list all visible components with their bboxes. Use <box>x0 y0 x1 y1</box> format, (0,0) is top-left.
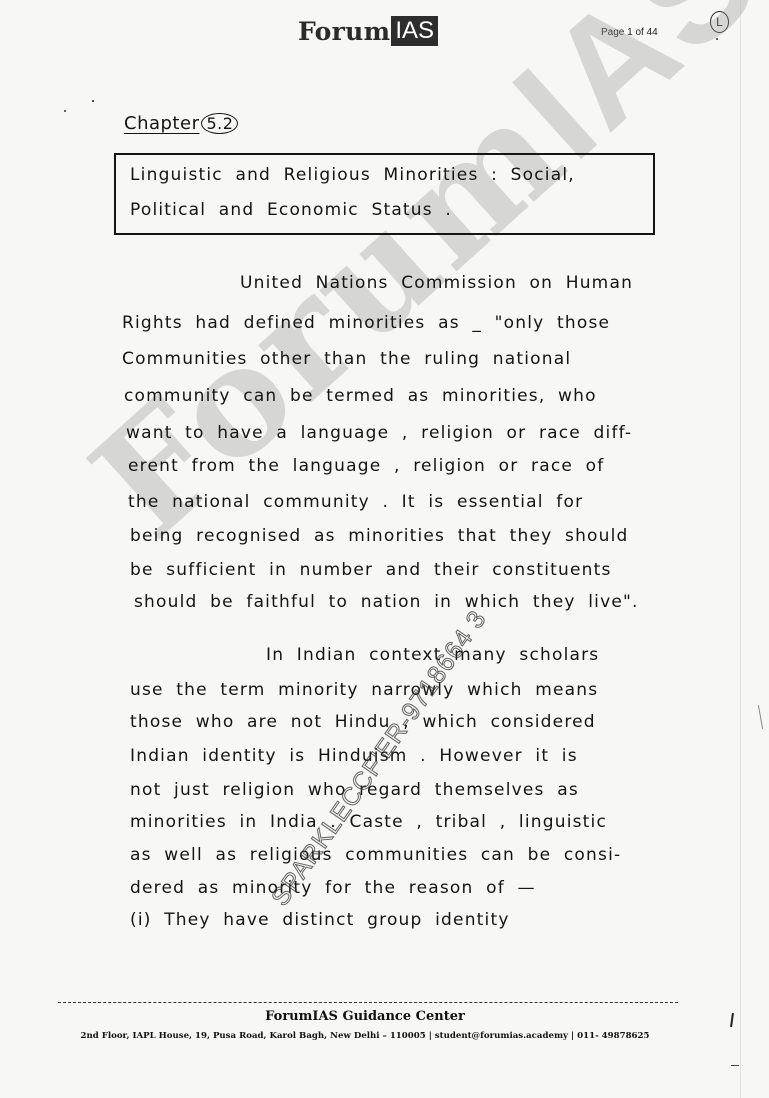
body-line: community can be termed as minorities, w… <box>124 386 597 406</box>
logo-forum-text: Forum <box>298 17 390 46</box>
footer-divider <box>58 1002 678 1003</box>
page-indicator: Page 1 of 44 <box>601 27 658 38</box>
logo-ias-block: IAS <box>391 16 438 46</box>
body-line: the national community . It is essential… <box>128 492 583 512</box>
body-line: (i) They have distinct group identity <box>130 910 510 930</box>
body-line: In Indian context many scholars <box>266 645 599 665</box>
body-line: United Nations Commission on Human <box>240 273 633 293</box>
body-line: Indian identity is Hinduism . However it… <box>130 746 578 766</box>
body-line: use the term minority narrowly which mea… <box>130 680 598 700</box>
body-line: minorities in India . Caste , tribal , l… <box>130 812 607 832</box>
chapter-label: Chapter <box>124 113 199 134</box>
body-line: be sufficient in number and their consti… <box>130 560 612 580</box>
chapter-title-box: Linguistic and Religious Minorities : So… <box>114 153 655 235</box>
body-line: those who are not Hindu , which consider… <box>130 712 596 732</box>
body-line: as well as religious communities can be … <box>130 845 621 865</box>
body-line: erent from the language , religion or ra… <box>128 456 604 476</box>
chapter-heading: Chapter5.2 <box>124 113 238 134</box>
body-line: should be faithful to nation in which th… <box>134 592 639 612</box>
scan-speck <box>716 38 718 40</box>
circled-page-mark: L <box>710 11 729 33</box>
margin-mark <box>758 705 763 729</box>
body-line: not just religion who regard themselves … <box>130 780 579 800</box>
margin-mark <box>730 1013 734 1027</box>
scan-speck <box>92 100 94 102</box>
footer-title: ForumIAS Guidance Center <box>0 1009 730 1024</box>
margin-mark <box>731 1065 739 1066</box>
body-line: want to have a language , religion or ra… <box>126 423 632 443</box>
forumias-logo: Forum IAS <box>298 15 438 47</box>
body-line: Communities other than the ruling nation… <box>122 349 571 369</box>
scan-page-edge <box>740 0 741 1098</box>
scan-speck <box>64 110 66 112</box>
body-line: being recognised as minorities that they… <box>130 526 629 546</box>
chapter-title-line: Linguistic and Religious Minorities : So… <box>130 165 575 185</box>
body-line: dered as minority for the reason of — <box>130 878 536 898</box>
footer-address: 2nd Floor, IAPL House, 19, Pusa Road, Ka… <box>0 1031 730 1041</box>
chapter-number: 5.2 <box>201 113 238 134</box>
body-line: Rights had defined minorities as _ "only… <box>122 313 610 333</box>
chapter-title-line: Political and Economic Status . <box>130 200 452 220</box>
